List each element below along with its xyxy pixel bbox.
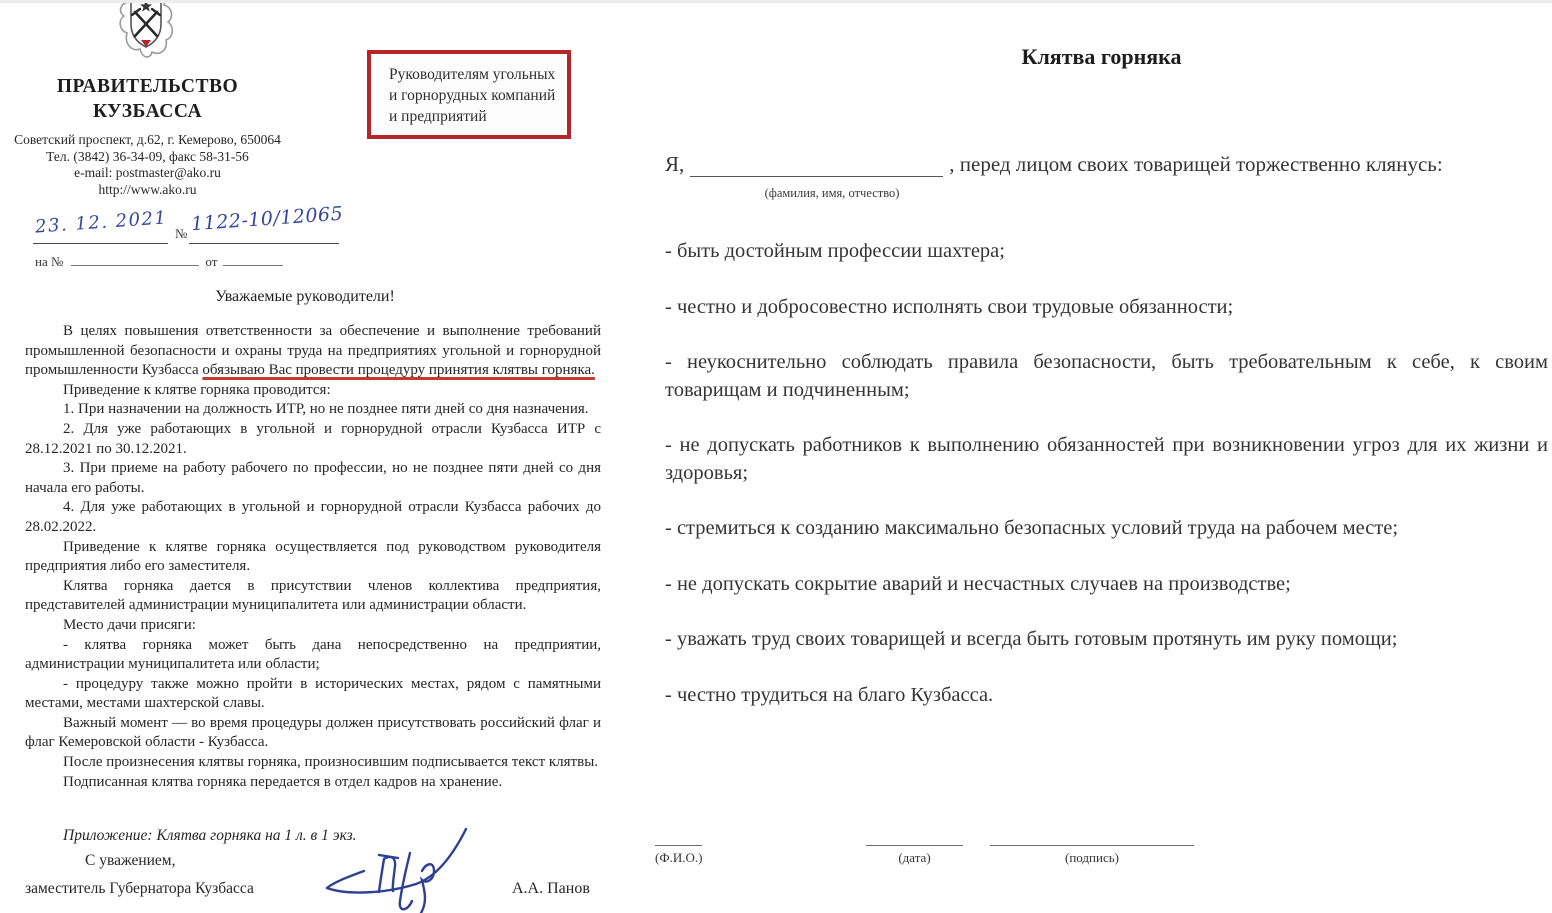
oath-item: - неукоснительно соблюдать правила безоп… bbox=[665, 349, 1548, 404]
scanned-letter: { "colors": { "accent_red": "#b5262b", "… bbox=[0, 0, 1552, 913]
body-paragraph: Важный момент — во время процедуры долже… bbox=[25, 714, 601, 753]
oath-item: - честно трудиться на благо Кузбасса. bbox=[665, 682, 1548, 710]
number-underline bbox=[189, 243, 339, 244]
letter-body: В целях повышения ответственности за обе… bbox=[25, 322, 601, 792]
signer-name: А.А. Панов bbox=[512, 880, 590, 898]
mandate-underlined-text: обязываю Вас провести процедуру принятия… bbox=[202, 362, 595, 378]
signature-footer-cell: (подпись) bbox=[990, 845, 1194, 866]
body-paragraph: 4. Для уже работающих в угольной и горно… bbox=[25, 498, 601, 537]
body-paragraph: 3. При приеме на работу рабочего по проф… bbox=[25, 459, 601, 498]
date-underline bbox=[33, 243, 168, 244]
body-paragraph: Приведение к клятве горняка осуществляет… bbox=[25, 538, 601, 577]
signature-footer-cell: (дата) bbox=[866, 845, 963, 866]
closing-regards: С уважением, bbox=[85, 852, 176, 870]
name-hint: (фамилия, имя, отчество) bbox=[703, 186, 961, 201]
body-paragraphs: Приведение к клятве горняка проводится:1… bbox=[25, 381, 601, 792]
salutation: Уважаемые руководители! bbox=[25, 288, 585, 306]
oath-page: Клятва горняка Я,, перед лицом своих тов… bbox=[655, 0, 1548, 913]
requisites-row: 23. 12. 2021 № 1122-10/12065 bbox=[33, 208, 343, 250]
body-paragraph: Клятва горняка дается в присутствии член… bbox=[25, 577, 601, 616]
body-paragraph: После произнесения клятвы горняка, произ… bbox=[25, 753, 601, 773]
attachment-note: Приложение: Клятва горняка на 1 л. в 1 э… bbox=[63, 827, 357, 845]
kuzbass-coat-of-arms-icon bbox=[118, 0, 174, 66]
oath-item: - не допускать сокрытие аварий и несчаст… bbox=[665, 571, 1548, 599]
org-address-line: Тел. (3842) 36-34-09, факс 58-31-56 bbox=[0, 149, 295, 166]
oath-item: - уважать труд своих товарищей и всегда … bbox=[665, 626, 1548, 654]
na-label: на № bbox=[35, 254, 63, 269]
org-address-line: e-mail: postmaster@ako.ru bbox=[0, 165, 295, 182]
na-blank-line bbox=[71, 252, 199, 266]
body-paragraph: 2. Для уже работающих в угольной и горно… bbox=[25, 420, 601, 459]
org-address-line: http://www.ako.ru bbox=[0, 182, 295, 199]
org-address: Советский проспект, д.62, г. Кемерово, 6… bbox=[0, 132, 295, 198]
body-paragraph: Приведение к клятве горняка проводится: bbox=[25, 381, 601, 401]
handwritten-number: 1122-10/12065 bbox=[190, 203, 341, 235]
oath-item: - стремиться к созданию максимально безо… bbox=[665, 515, 1548, 543]
reference-row: на №от bbox=[35, 252, 335, 270]
closing-position: заместитель Губернатора Кузбасса bbox=[25, 880, 254, 898]
ot-label: от bbox=[205, 254, 217, 269]
oath-item: - быть достойным профессии шахтера; bbox=[665, 238, 1548, 266]
body-paragraph: Подписанная клятва горняка передается в … bbox=[25, 773, 601, 793]
letter-page: ПРАВИТЕЛЬСТВО КУЗБАССА Советский проспек… bbox=[0, 0, 630, 913]
org-name-line1: ПРАВИТЕЛЬСТВО bbox=[0, 74, 295, 99]
oath-intro-suffix: , перед лицом своих товарищей торжествен… bbox=[949, 152, 1442, 176]
body-paragraph: - процедуру также можно пройти в историч… bbox=[25, 675, 601, 714]
body-paragraph: 1. При назначении на должность ИТР, но н… bbox=[25, 400, 601, 420]
org-name: ПРАВИТЕЛЬСТВО КУЗБАССА bbox=[0, 74, 295, 124]
paragraph-mandate: В целях повышения ответственности за обе… bbox=[25, 322, 601, 381]
recipient-text: Руководителям угольных и горнорудных ком… bbox=[389, 66, 555, 125]
oath-intro-prefix: Я, bbox=[665, 152, 684, 176]
oath-title: Клятва горняка bbox=[655, 44, 1548, 70]
oath-items: - быть достойным профессии шахтера;- чес… bbox=[665, 238, 1548, 737]
handwritten-date: 23. 12. 2021 bbox=[34, 207, 167, 237]
body-paragraph: - клятва горняка может быть дана непосре… bbox=[25, 636, 601, 675]
org-address-line: Советский проспект, д.62, г. Кемерово, 6… bbox=[0, 132, 295, 149]
oath-intro-line: Я,, перед лицом своих товарищей торжеств… bbox=[665, 152, 1548, 177]
ot-blank-line bbox=[223, 252, 283, 266]
signature-footer-cell: (Ф.И.О.) bbox=[655, 845, 702, 866]
org-name-line2: КУЗБАССА bbox=[0, 99, 295, 124]
signature-footer: (дата)(подпись)(Ф.И.О.) bbox=[655, 845, 1548, 895]
oath-item: - честно и добросовестно исполнять свои … bbox=[665, 294, 1548, 322]
recipient-box: Руководителям угольных и горнорудных ком… bbox=[367, 50, 571, 139]
body-paragraph: Место дачи присяги: bbox=[25, 616, 601, 636]
name-blank-line bbox=[690, 153, 943, 177]
number-sign: № bbox=[175, 226, 187, 242]
signature-ink bbox=[320, 825, 480, 913]
oath-item: - не допускать работников к выполнению о… bbox=[665, 432, 1548, 487]
